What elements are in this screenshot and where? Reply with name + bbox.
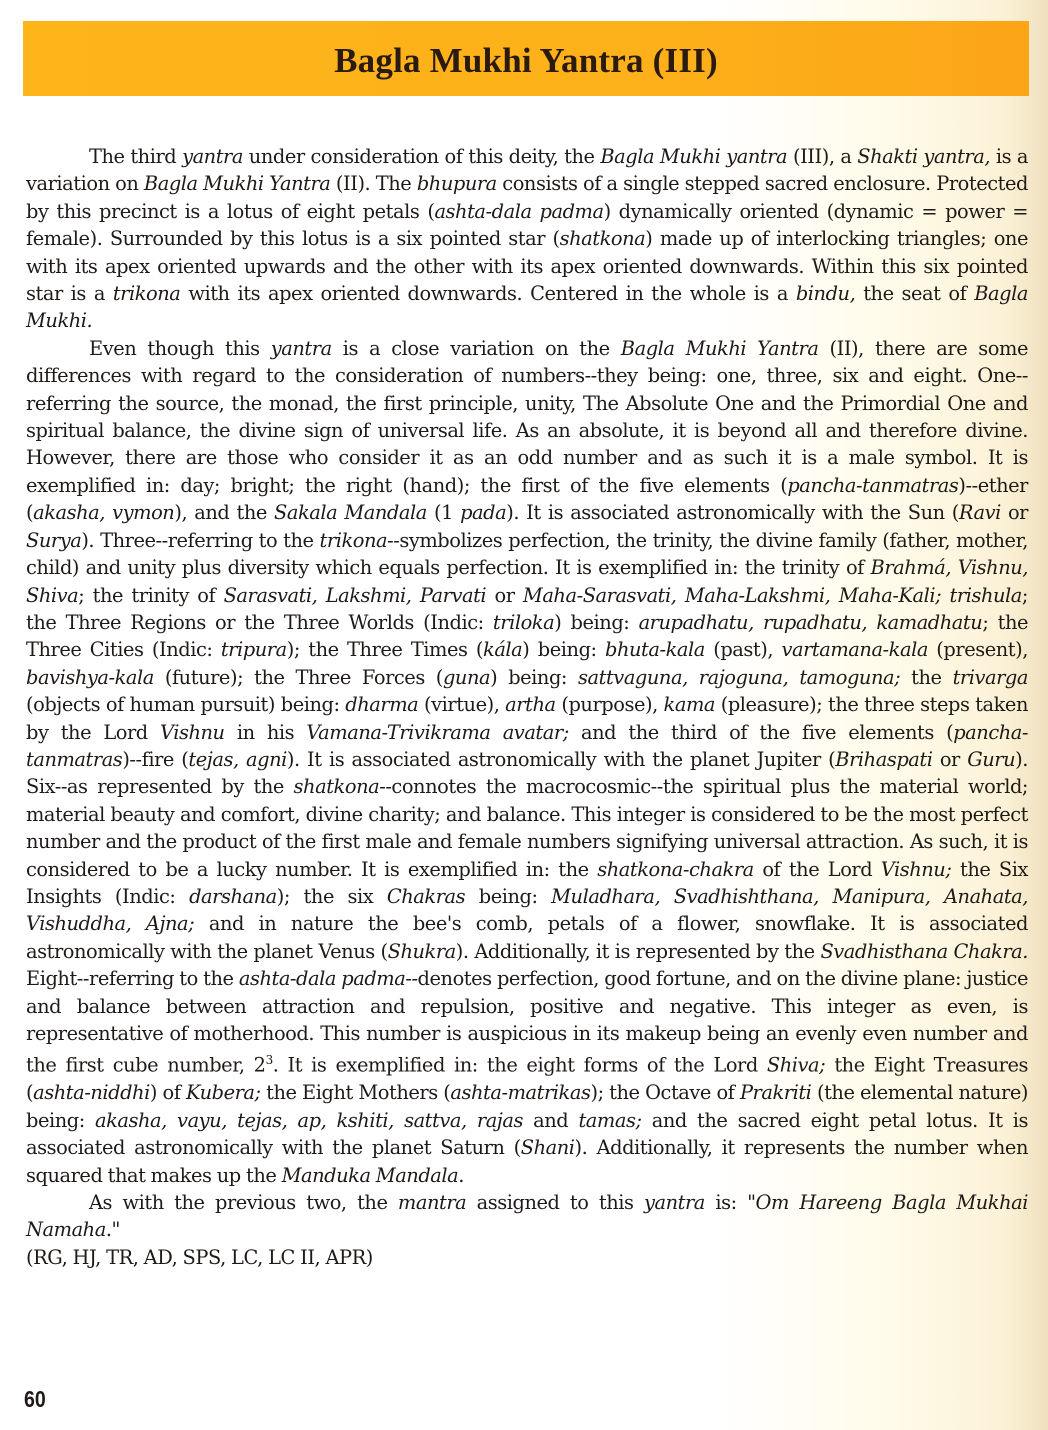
italic-term: Maha-Sarasvati, Maha-Lakshmi, Maha-Kali;… xyxy=(523,584,1022,607)
text-run: ) of xyxy=(150,1081,186,1104)
text-run: or xyxy=(1001,501,1028,524)
text-run: ). Additionally, it is represented by th… xyxy=(456,940,821,963)
italic-term: shatkona-chakra xyxy=(597,858,754,881)
text-run: ); the Three Times ( xyxy=(287,638,483,661)
italic-term: vartamana-kala xyxy=(781,638,927,661)
italic-term: pada xyxy=(460,501,506,524)
italic-term: Manduka Mandala xyxy=(282,1164,459,1187)
italic-term: trikona xyxy=(320,529,388,552)
text-run: ) being: xyxy=(522,638,605,661)
italic-term: Vamana-Trivikrama avatar; xyxy=(306,721,568,744)
text-run: being: xyxy=(465,885,551,908)
text-run: (II), there are some differences with re… xyxy=(26,337,1028,497)
italic-term: darshana xyxy=(189,885,277,908)
italic-term: guna xyxy=(443,666,490,689)
italic-term: yantra xyxy=(644,1191,705,1214)
italic-term: artha xyxy=(505,693,555,716)
text-run: the xyxy=(900,666,952,689)
italic-term: Prakriti xyxy=(740,1081,812,1104)
title-banner: Bagla Mukhi Yantra (III) xyxy=(23,21,1029,96)
text-run: the seat of xyxy=(855,282,974,305)
italic-term: sattvaguna, rajoguna, tamoguna; xyxy=(578,666,900,689)
italic-term: Kubera; xyxy=(186,1081,261,1104)
text-run: )--fire ( xyxy=(122,748,188,771)
italic-term: Brihaspati xyxy=(835,748,932,771)
text-run: (III), a xyxy=(787,145,857,168)
text-run: (present), xyxy=(928,638,1028,661)
text-run: (purpose), xyxy=(556,693,664,716)
text-run: of the Lord xyxy=(754,858,881,881)
text-run: and xyxy=(523,1109,578,1132)
italic-term: tejas, agni xyxy=(188,748,286,771)
italic-term: ashta-dala padma xyxy=(434,200,603,223)
references: (RG, HJ, TR, AD, SPS, LC, LC II, APR) xyxy=(26,1244,1028,1271)
italic-term: yantra xyxy=(182,145,243,168)
text-run: (II). The xyxy=(330,172,416,195)
italic-term: Shukra xyxy=(388,940,456,963)
italic-term: kála xyxy=(483,638,522,661)
italic-term: bhupura xyxy=(417,172,497,195)
text-run: . It is exemplified in: the eight forms … xyxy=(273,1054,767,1077)
text-run: under consideration of this deity, the xyxy=(243,145,600,168)
italic-term: yantra xyxy=(271,337,332,360)
paragraph: The third yantra under consideration of … xyxy=(26,143,1028,335)
text-run: (objects of human pursuit) being: xyxy=(26,693,345,716)
italic-term: Guru xyxy=(967,748,1015,771)
text-run: Eight--referring to the xyxy=(26,967,239,990)
text-run: is a close variation on the xyxy=(332,337,621,360)
italic-term: shatkona xyxy=(560,227,646,250)
text-run: is: " xyxy=(705,1191,756,1214)
italic-term: shatkona xyxy=(294,775,380,798)
italic-term: Surya xyxy=(26,529,81,552)
italic-term: Bagla Mukhi Yantra xyxy=(144,172,331,195)
italic-term: tripura xyxy=(221,638,287,661)
text-run: in his xyxy=(225,721,307,744)
italic-term: mantra xyxy=(398,1191,466,1214)
text-run: ) being: xyxy=(554,611,638,634)
text-run: with its apex oriented downwards. Center… xyxy=(180,282,795,305)
italic-term: trikona xyxy=(113,282,181,305)
italic-term: Vishnu xyxy=(160,721,225,744)
italic-term: Shiva; xyxy=(767,1054,825,1077)
italic-term: Svadhisthana Chakra. xyxy=(820,940,1028,963)
text-run: ); the six xyxy=(277,885,387,908)
italic-term: bavishya-kala xyxy=(26,666,154,689)
text-run: ), and the xyxy=(174,501,274,524)
text-run: ). It is associated astronomically with … xyxy=(506,501,959,524)
italic-term: Sarasvati, Lakshmi, Parvati xyxy=(224,584,487,607)
italic-term: Chakras xyxy=(387,885,465,908)
italic-term: Bagla Mukhi yantra xyxy=(600,145,787,168)
paragraph: Even though this yantra is a close varia… xyxy=(26,335,1028,1189)
italic-term: Vishnu; xyxy=(881,858,952,881)
text-run: (future); the Three Forces ( xyxy=(154,666,443,689)
italic-term: kama xyxy=(664,693,715,716)
text-run: assigned to this xyxy=(466,1191,644,1214)
text-run: ." xyxy=(106,1218,120,1241)
italic-term: Shani xyxy=(521,1136,575,1159)
italic-term: tamas; xyxy=(578,1109,641,1132)
article-body: The third yantra under consideration of … xyxy=(26,143,1028,1271)
text-run: ). It is associated astronomically with … xyxy=(287,748,835,771)
text-run: Even though this xyxy=(89,337,271,360)
italic-term: Shakti yantra, xyxy=(857,145,990,168)
italic-term: bhuta-kala xyxy=(605,638,705,661)
text-run: (past), xyxy=(705,638,782,661)
text-run: (1 xyxy=(427,501,460,524)
italic-term: ashta-dala padma xyxy=(239,967,406,990)
italic-term: Sakala Mandala xyxy=(274,501,427,524)
italic-term: dharma xyxy=(345,693,418,716)
italic-term: triloka xyxy=(493,611,554,634)
italic-term: arupadhatu, rupadhatu, kamadhatu xyxy=(639,611,983,634)
paragraph: As with the previous two, the mantra ass… xyxy=(26,1189,1028,1244)
text-run: ). Three--referring to the xyxy=(81,529,319,552)
text-run: (virtue), xyxy=(418,693,505,716)
text-run: ; the trinity of xyxy=(78,584,223,607)
superscript: 3 xyxy=(266,1053,273,1067)
italic-term: Bagla Mukhi Yantra xyxy=(621,337,819,360)
italic-term: trivarga xyxy=(953,666,1028,689)
text-run: ) being: xyxy=(490,666,578,689)
text-run: As with the previous two, the xyxy=(89,1191,398,1214)
italic-term: bindu, xyxy=(796,282,855,305)
text-run: the Eight Mothers ( xyxy=(261,1081,451,1104)
italic-term: akasha, vayu, tejas, ap, kshiti, sattva,… xyxy=(95,1109,523,1132)
italic-term: pancha-tanmatras xyxy=(787,474,958,497)
text-run: ); the Octave of xyxy=(590,1081,739,1104)
text-run: or xyxy=(932,748,967,771)
text-run: . xyxy=(458,1164,464,1187)
text-run: or xyxy=(486,584,523,607)
page-title: Bagla Mukhi Yantra (III) xyxy=(334,37,718,81)
italic-term: ashta-niddhi xyxy=(33,1081,150,1104)
page-number: 60 xyxy=(24,1386,46,1413)
text-run: and the third of the five elements ( xyxy=(569,721,953,744)
italic-term: ashta-matrikas xyxy=(450,1081,590,1104)
text-run: The third xyxy=(89,145,182,168)
italic-term: Ravi xyxy=(959,501,1001,524)
italic-term: akasha, vymon xyxy=(33,501,174,524)
